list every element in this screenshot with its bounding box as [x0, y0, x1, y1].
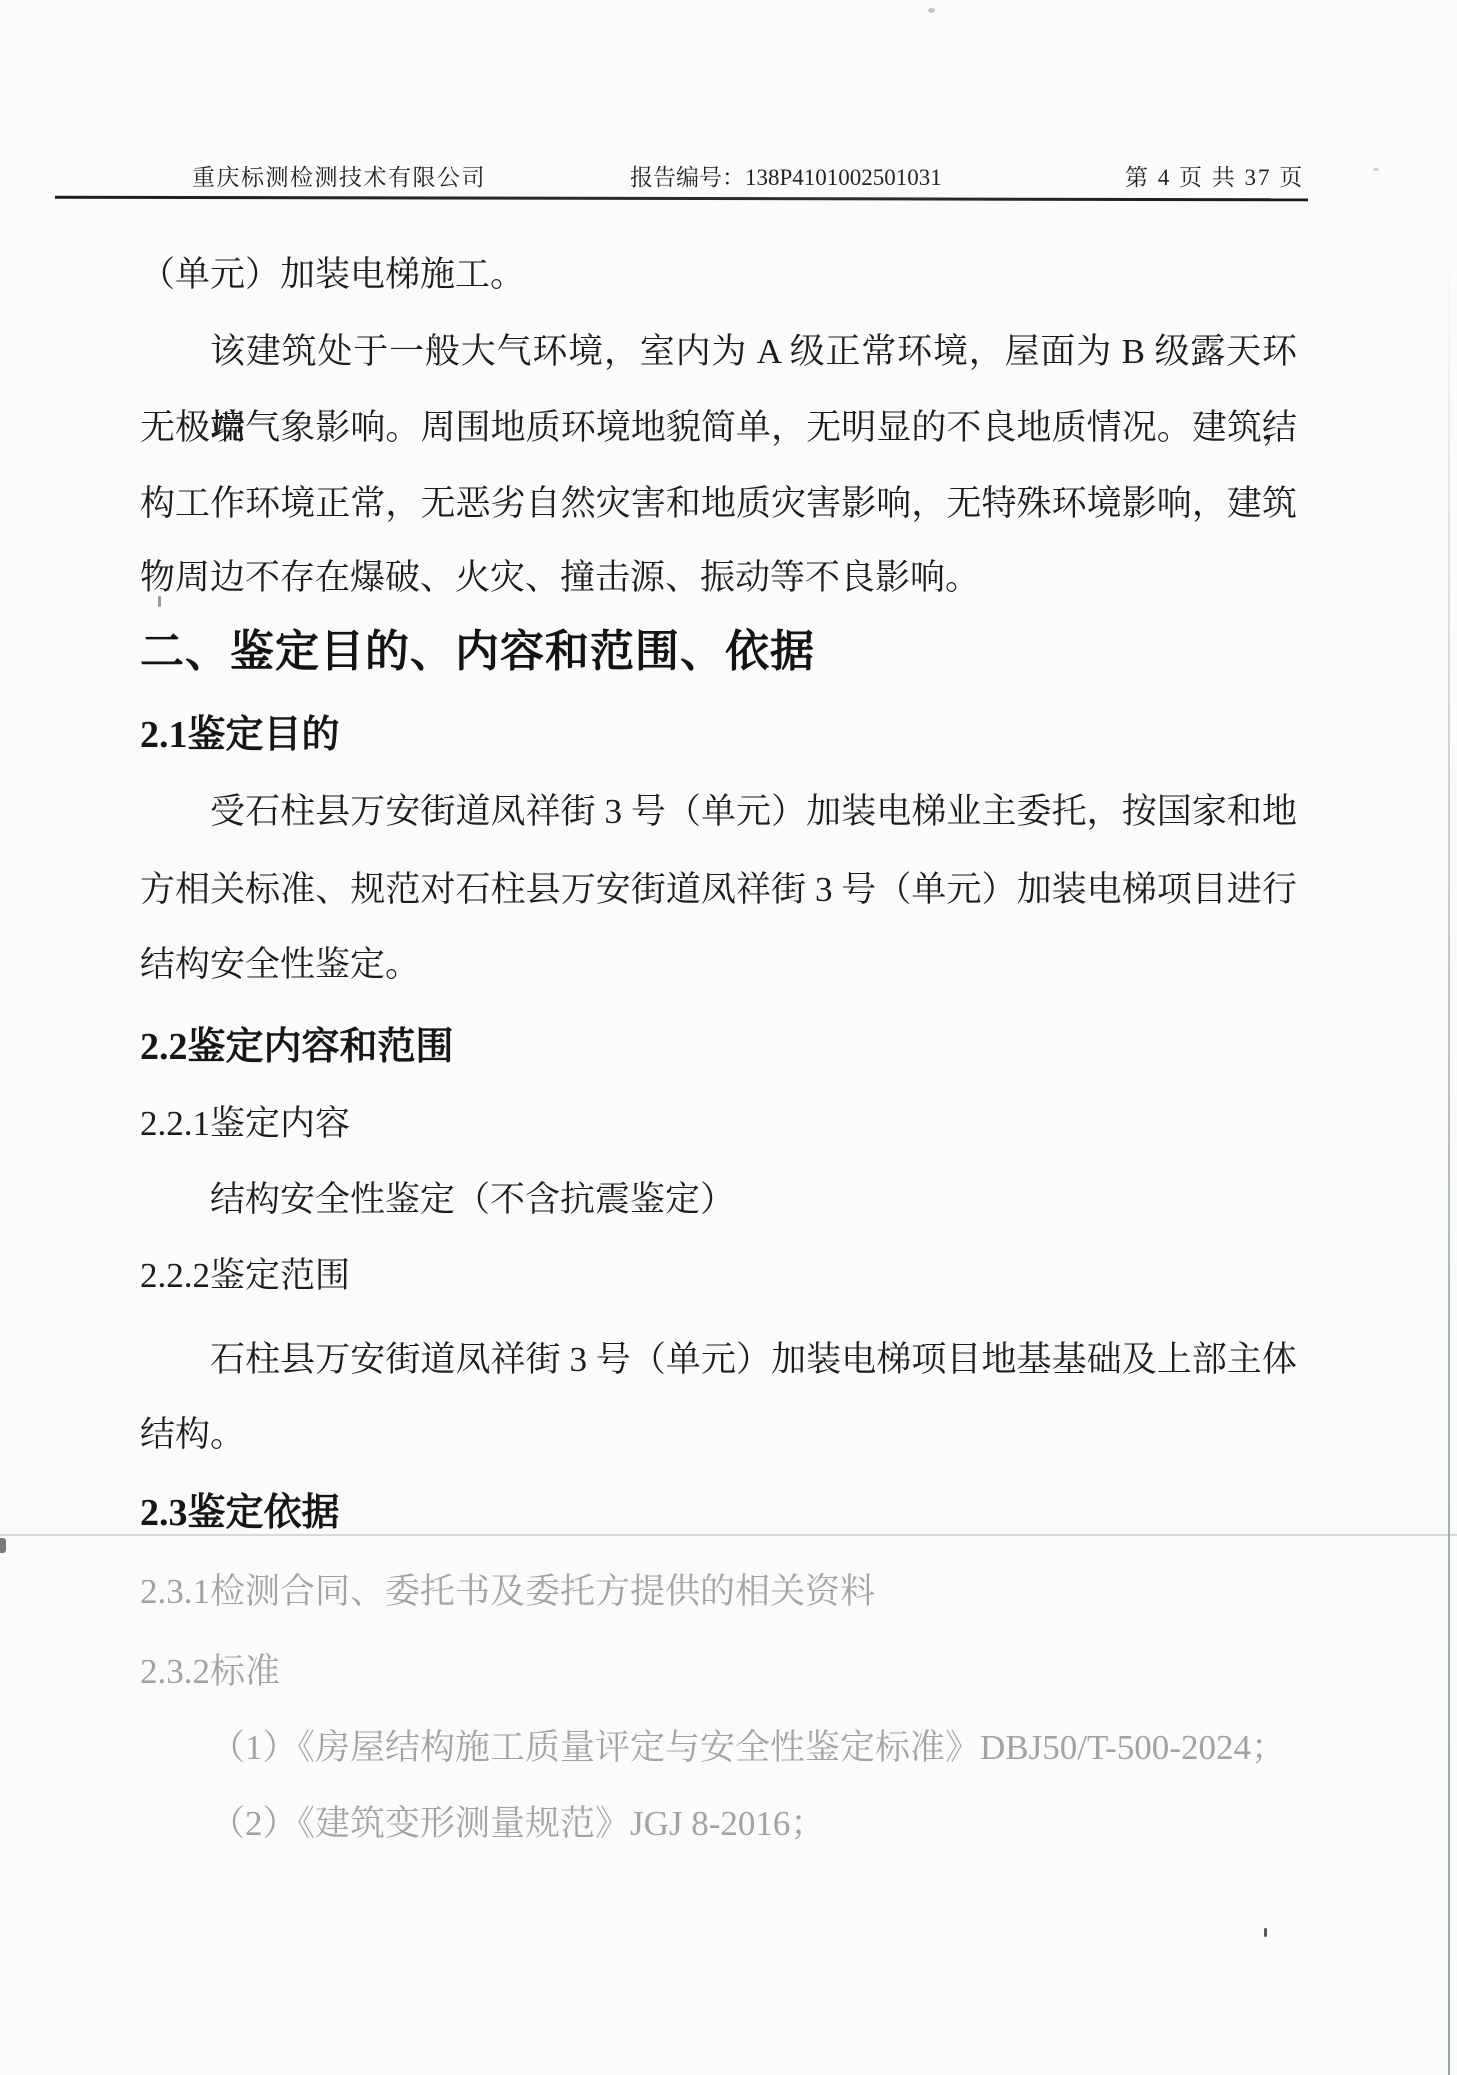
scan-edge-line	[1448, 240, 1450, 2075]
header-company-name: 重庆标测检测技术有限公司	[192, 160, 486, 196]
scan-speck	[0, 1538, 6, 1553]
reference-item-2: （2）《建筑变形测量规范》JGJ 8-2016；	[140, 1786, 1297, 1862]
paragraph-line: 结构安全性鉴定（不含抗震鉴定）	[140, 1162, 1297, 1238]
scan-speck	[1264, 1928, 1267, 1937]
paragraph-line: 受石柱县万安街道凤祥街 3 号（单元）加装电梯业主委托，按国家和地	[140, 774, 1297, 850]
paragraph-line: （单元）加装电梯施工。	[140, 237, 1300, 313]
paragraph-line: 构工作环境正常，无恶劣自然灾害和地质灾害影响，无特殊环境影响，建筑	[140, 466, 1297, 542]
paragraph-line: 结构。	[140, 1397, 1300, 1473]
scan-speck	[928, 8, 935, 13]
report-number-label: 报告编号：	[630, 165, 745, 190]
report-number-value: 138P4101002501031	[745, 165, 942, 190]
paragraph-line: 该建筑处于一般大气环境，室内为 A 级正常环境，屋面为 B 级露天环境，	[140, 314, 1297, 390]
reference-item-1: （1）《房屋结构施工质量评定与安全性鉴定标准》DBJ50/T-500-2024；	[140, 1710, 1297, 1786]
header-rule	[55, 196, 1308, 202]
subsubsection-heading-2-2-2: 2.2.2鉴定范围	[140, 1238, 1300, 1314]
subsubsection-heading-2-3-2: 2.3.2标准	[140, 1634, 1300, 1710]
header-page-indicator: 第 4 页 共 37 页	[1125, 160, 1304, 196]
paragraph-line: 方相关标准、规范对石柱县万安街道凤祥街 3 号（单元）加装电梯项目进行	[140, 852, 1297, 928]
section-heading-2: 二、鉴定目的、内容和范围、依据	[140, 614, 1300, 690]
header-report-number: 报告编号：138P4101002501031	[630, 160, 942, 196]
subsubsection-heading-2-2-1: 2.2.1鉴定内容	[140, 1086, 1300, 1162]
subsection-heading-2-1: 2.1鉴定目的	[140, 697, 1300, 773]
scan-speck	[158, 596, 161, 607]
subsubsection-heading-2-3-1: 2.3.1检测合同、委托书及委托方提供的相关资料	[140, 1554, 1300, 1630]
paragraph-line: 石柱县万安街道凤祥街 3 号（单元）加装电梯项目地基基础及上部主体	[140, 1322, 1297, 1398]
scan-seam-line	[0, 1534, 1457, 1536]
paragraph-line: 物周边不存在爆破、火灾、撞击源、振动等不良影响。	[140, 540, 1300, 616]
paragraph-line: 无极端气象影响。周围地质环境地貌简单，无明显的不良地质情况。建筑结	[140, 390, 1297, 466]
scan-speck	[1373, 168, 1379, 171]
subsection-heading-2-3: 2.3鉴定依据	[140, 1475, 1300, 1551]
subsection-heading-2-2: 2.2鉴定内容和范围	[140, 1009, 1300, 1085]
paragraph-line: 结构安全性鉴定。	[140, 927, 1300, 1003]
scanned-report-page: 重庆标测检测技术有限公司 报告编号：138P4101002501031 第 4 …	[0, 0, 1457, 2075]
